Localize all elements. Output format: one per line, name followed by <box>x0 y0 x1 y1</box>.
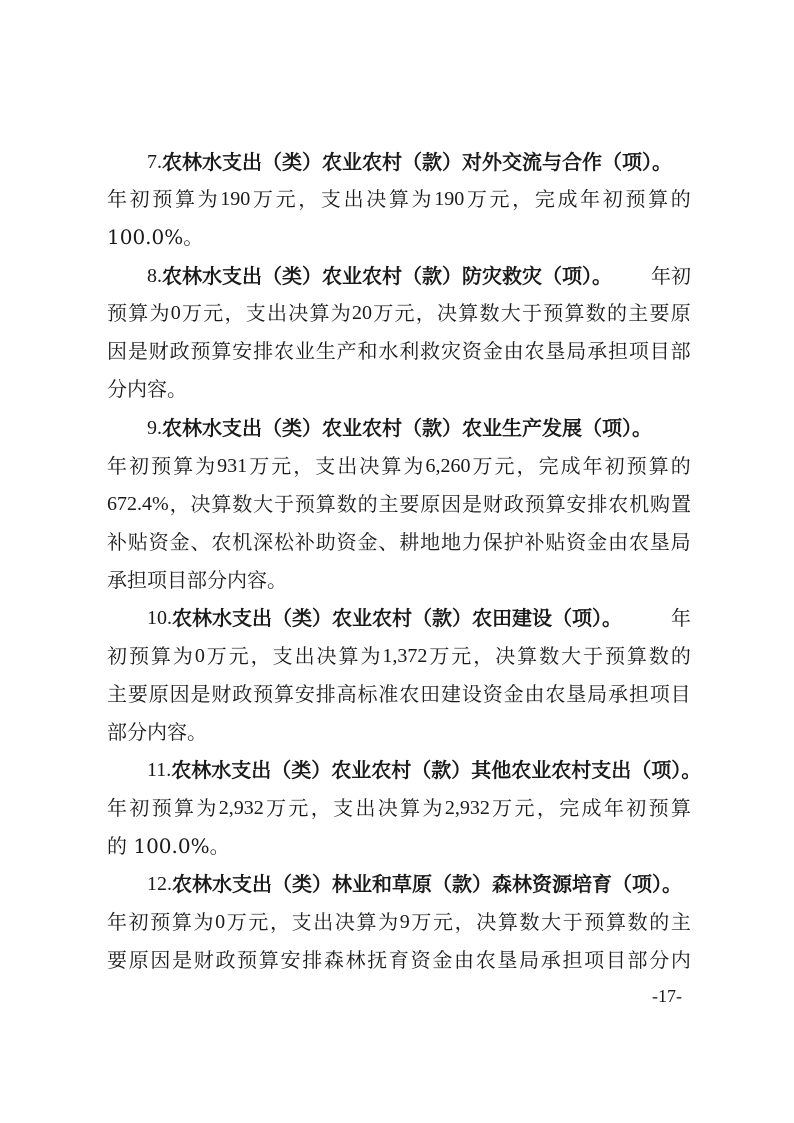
paragraph-line: 的 100.0%。 <box>107 831 691 861</box>
paragraph-line: 要原因是财政预算安排森林抚育资金由农垦局承担项目部分内 <box>107 945 691 975</box>
section-12-heading: 12. 农林水支出（类）林业和草原（款）森林资源培育（项）。 <box>147 869 691 899</box>
paragraph-line: 年初预算为0万元，支出决算为9万元，决算数大于预算数的主 <box>107 907 691 937</box>
paragraph-line: 补贴资金、农机深松补助资金、耕地地力保护补贴资金由农垦局 <box>107 527 691 557</box>
section-number: 9. <box>147 413 162 443</box>
section-number: 7. <box>147 147 162 177</box>
page-number: -17- <box>652 986 682 1007</box>
document-page: 7. 农林水支出（类）农业农村（款）对外交流与合作（项）。 年初预算为190万元… <box>0 0 794 1123</box>
paragraph-line: 年初预算为2,932万元，支出决算为2,932万元，完成年初预算 <box>107 793 691 823</box>
section-heading: 农林水支出（类）林业和草原（款）森林资源培育（项）。 <box>172 869 682 899</box>
heading-tail: 年初 <box>651 261 691 291</box>
section-heading: 农林水支出（类）农业农村（款）农业生产发展（项）。 <box>162 413 652 443</box>
section-number: 12. <box>147 869 172 899</box>
section-11-heading: 11. 农林水支出（类）农业农村（款）其他农业农村支出（项）。 <box>147 755 691 785</box>
paragraph-line: 承担项目部分内容。 <box>107 565 691 595</box>
paragraph-line: 预算为0万元，支出决算为20万元，决算数大于预算数的主要原 <box>107 298 691 328</box>
section-heading: 农林水支出（类）农业农村（款）对外交流与合作（项）。 <box>162 147 672 177</box>
section-9-heading: 9. 农林水支出（类）农业农村（款）农业生产发展（项）。 <box>147 413 691 443</box>
paragraph-line: 年初预算为190万元，支出决算为190万元，完成年初预算的 <box>107 184 691 214</box>
paragraph-line: 因是财政预算安排农业生产和水利救灾资金由农垦局承担项目部 <box>107 336 691 366</box>
paragraph-line: 主要原因是财政预算安排高标准农田建设资金由农垦局承担项目 <box>107 679 691 709</box>
paragraph-line: 年初预算为931万元，支出决算为6,260万元，完成年初预算的 <box>107 451 691 481</box>
paragraph-line: 初预算为0万元，支出决算为1,372万元，决算数大于预算数的 <box>107 641 691 671</box>
section-10-heading: 10. 农林水支出（类）农业农村（款）农田建设（项）。 年 <box>147 603 691 633</box>
section-number: 10. <box>147 603 172 633</box>
paragraph-line: 部分内容。 <box>107 717 691 747</box>
heading-tail: 年 <box>671 603 691 633</box>
paragraph-line: 100.0%。 <box>107 222 691 252</box>
section-number: 11. <box>147 755 171 785</box>
section-7-heading: 7. 农林水支出（类）农业农村（款）对外交流与合作（项）。 <box>147 147 691 177</box>
section-heading: 农林水支出（类）农业农村（款）防灾救灾（项）。 <box>162 261 612 291</box>
section-heading: 农林水支出（类）农业农村（款）农田建设（项）。 <box>172 603 622 633</box>
section-heading: 农林水支出（类）农业农村（款）其他农业农村支出（项）。 <box>171 755 701 785</box>
section-number: 8. <box>147 261 162 291</box>
paragraph-line: 672.4%，决算数大于预算数的主要原因是财政预算安排农机购置 <box>107 489 691 519</box>
paragraph-line: 分内容。 <box>107 374 691 404</box>
section-8-heading: 8. 农林水支出（类）农业农村（款）防灾救灾（项）。 年初 <box>147 261 691 291</box>
